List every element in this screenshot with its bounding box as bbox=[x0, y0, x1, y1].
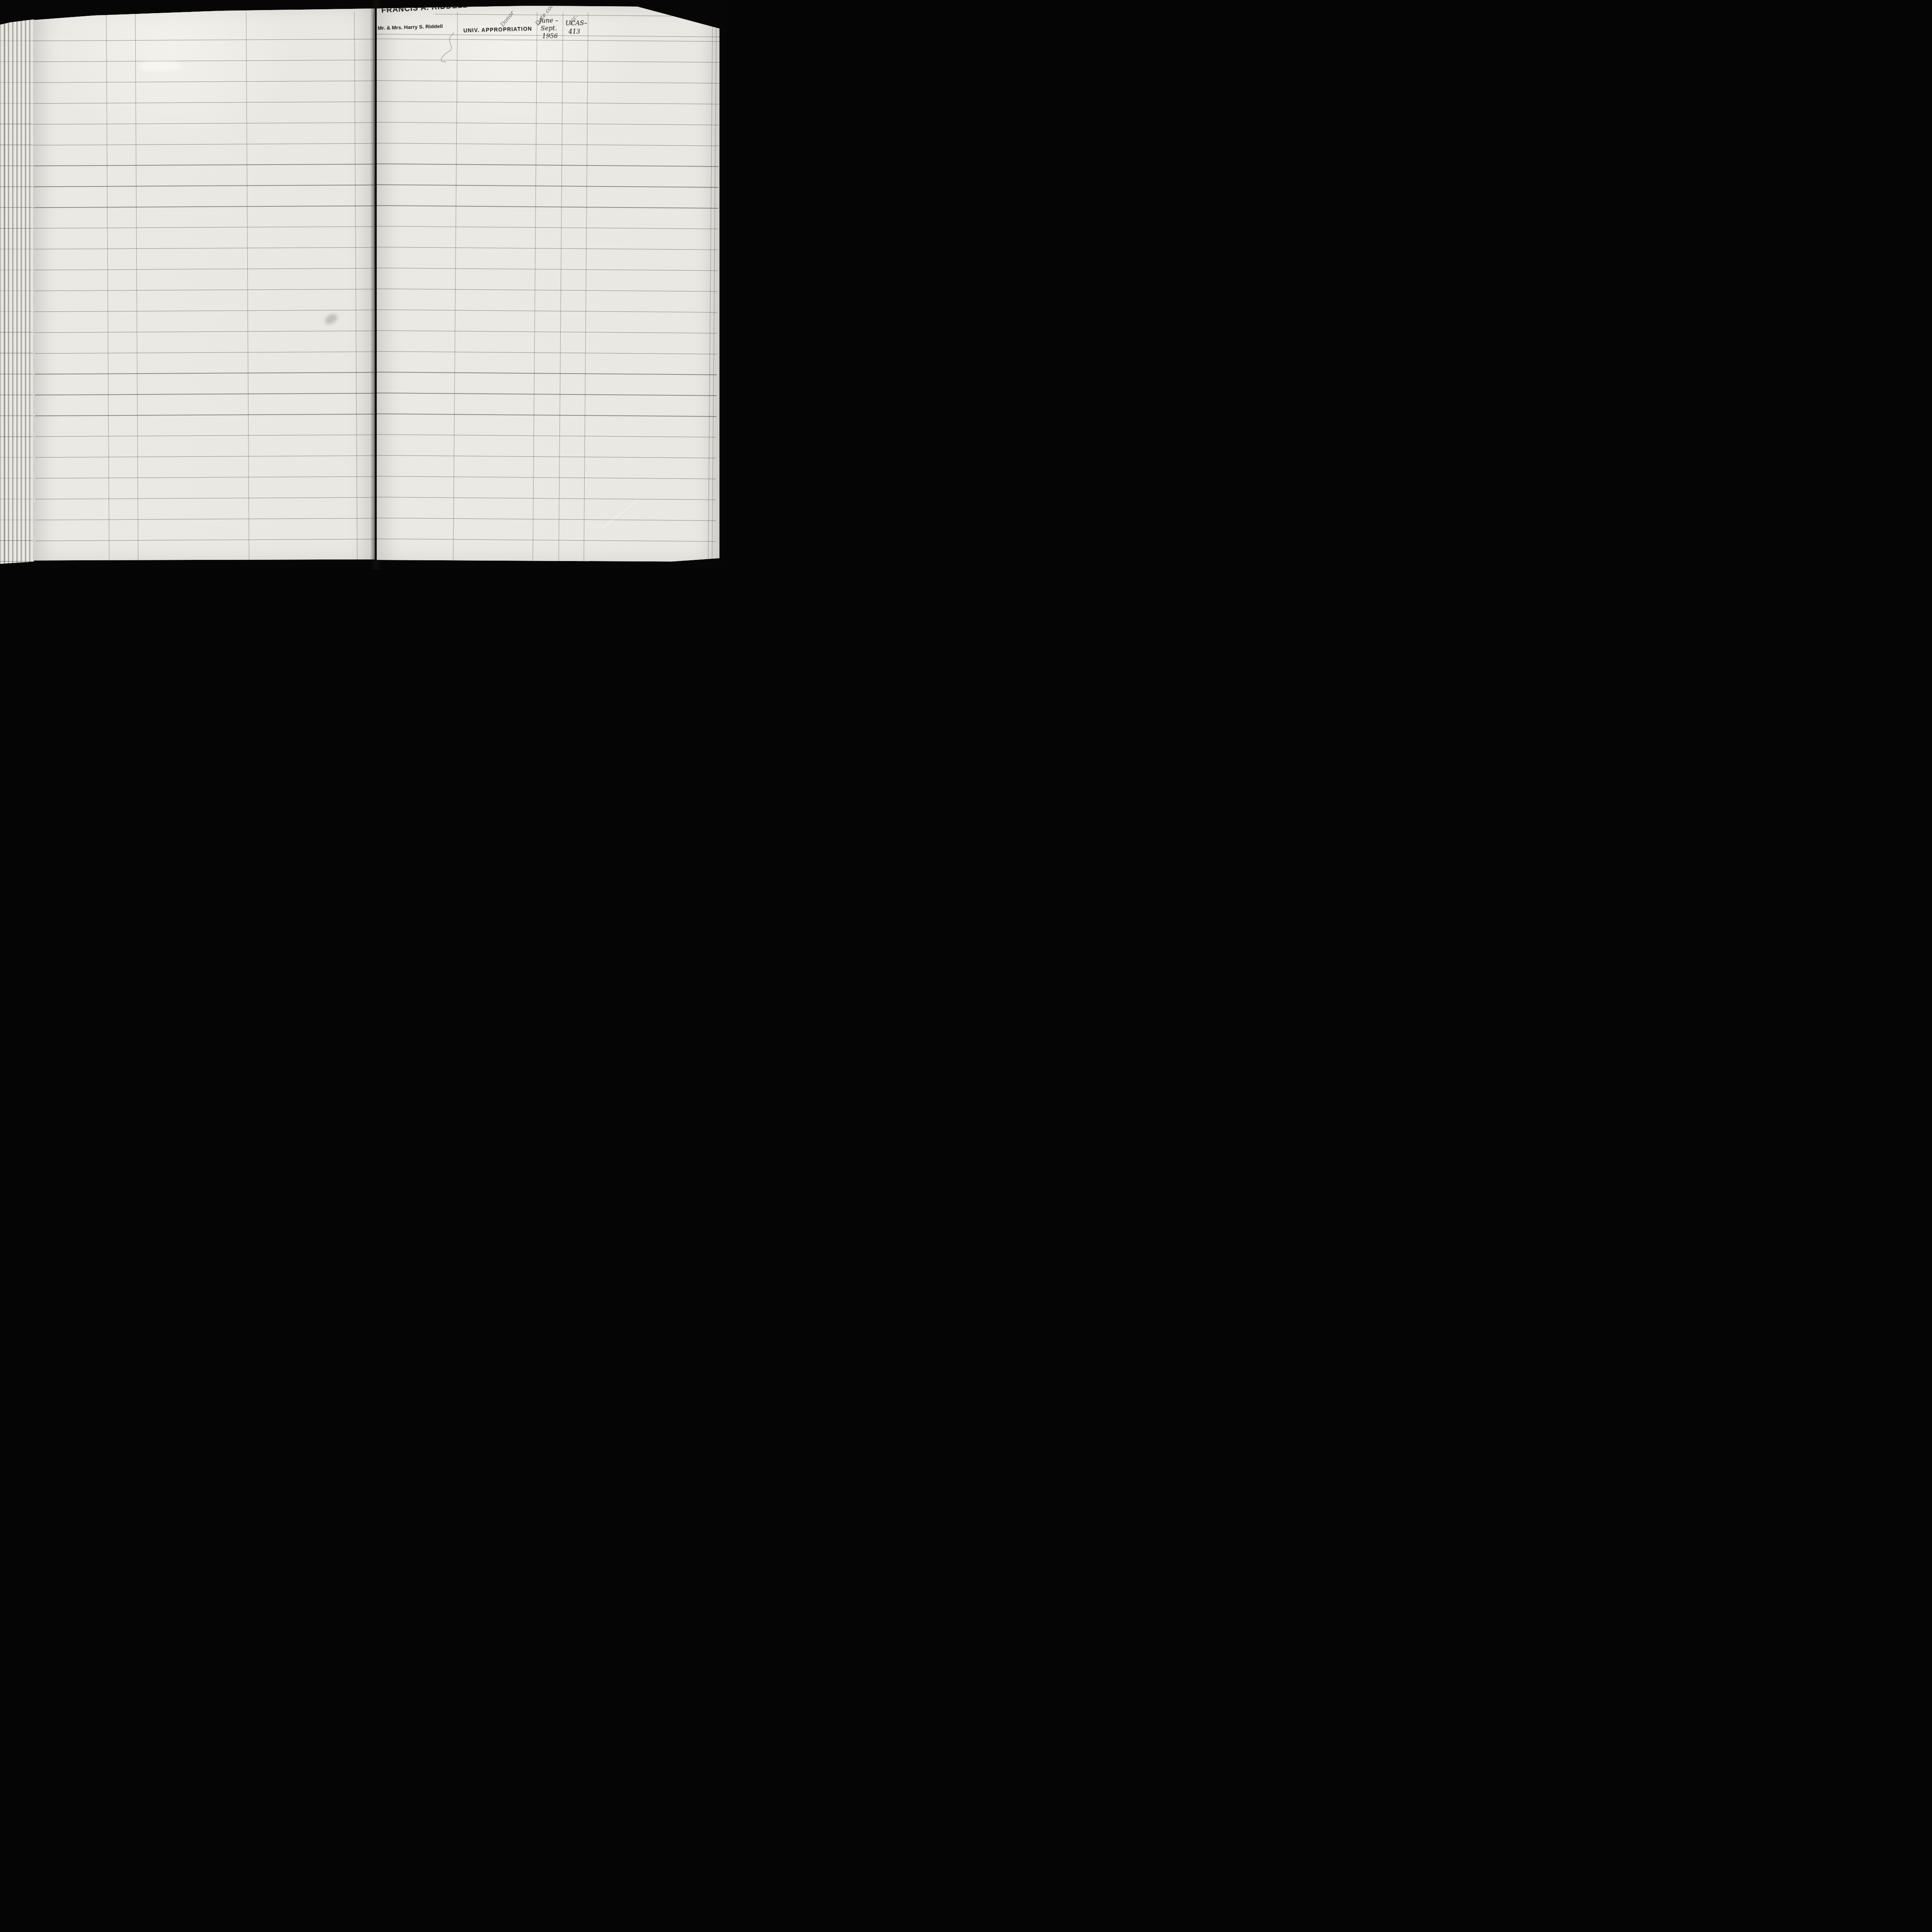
bleed-through-number bbox=[631, 234, 689, 234]
bleed-through-number bbox=[630, 359, 688, 359]
ruled-line bbox=[34, 351, 376, 354]
bleed-through-number bbox=[633, 46, 690, 47]
ruled-line bbox=[376, 80, 719, 83]
bleed-through-number bbox=[631, 171, 689, 172]
ruled-line bbox=[374, 455, 716, 458]
ruled-line bbox=[34, 206, 376, 208]
ruled-line bbox=[33, 80, 375, 83]
ruled-line bbox=[33, 39, 375, 41]
date-collected-line2: Sept. bbox=[541, 24, 557, 32]
ruled-line bbox=[34, 310, 376, 312]
ledger-left-page bbox=[33, 0, 375, 570]
ruled-line bbox=[376, 184, 718, 187]
column-rule bbox=[106, 13, 110, 561]
donor-name: Mr. & Mrs. Harry S. Riddell bbox=[378, 23, 443, 31]
ruled-line bbox=[376, 163, 718, 167]
ruled-line bbox=[33, 122, 375, 124]
bleed-through-number bbox=[631, 213, 689, 213]
ruled-line bbox=[375, 226, 718, 229]
column-rule bbox=[583, 12, 588, 563]
ruled-line bbox=[374, 330, 717, 333]
ruled-line bbox=[374, 393, 717, 396]
bleed-through-number bbox=[633, 26, 690, 26]
bleed-through-number bbox=[629, 463, 687, 463]
bleed-through-number bbox=[631, 192, 689, 192]
ruled-line bbox=[377, 60, 719, 63]
bleed-through-number bbox=[630, 379, 688, 380]
column-rule bbox=[558, 12, 563, 563]
fund-name: UNIV. APPROPRIATION bbox=[463, 26, 532, 34]
ruled-line bbox=[35, 456, 377, 458]
ruled-line bbox=[34, 185, 376, 187]
ruled-line bbox=[373, 539, 716, 542]
date-collected-line1: June – bbox=[539, 17, 558, 24]
ruled-line bbox=[35, 393, 377, 395]
bleed-through-number bbox=[629, 442, 687, 442]
ruled-line bbox=[376, 122, 719, 125]
ruled-line bbox=[33, 101, 375, 104]
ruled-line bbox=[34, 289, 376, 291]
column-rule bbox=[354, 12, 358, 560]
ruled-line bbox=[35, 497, 377, 499]
bleed-through-number bbox=[632, 151, 690, 151]
accession-number-line2: 413 bbox=[568, 28, 580, 35]
ruled-line bbox=[36, 539, 378, 541]
accession-number-line1: UCAS– bbox=[565, 19, 587, 27]
ruled-line bbox=[33, 143, 375, 145]
scanned-ledger-photo: FRANCIS A. RIDDELL Mr. & Mrs. Harry S. R… bbox=[0, 0, 727, 570]
ruled-line bbox=[34, 247, 376, 250]
bleed-through-number bbox=[631, 255, 689, 255]
paper-smudge bbox=[137, 61, 184, 71]
ruled-line bbox=[375, 268, 718, 271]
ruled-line bbox=[373, 497, 716, 500]
ledger-right-page: FRANCIS A. RIDDELL Mr. & Mrs. Harry S. R… bbox=[377, 0, 719, 570]
ruled-line bbox=[374, 351, 717, 354]
ruled-line bbox=[35, 414, 377, 416]
ruled-line bbox=[35, 476, 377, 479]
ruled-line bbox=[34, 164, 376, 166]
bleed-through-number bbox=[632, 130, 690, 130]
ruled-line bbox=[376, 143, 719, 146]
ruled-line bbox=[35, 372, 377, 374]
ruled-line bbox=[33, 60, 375, 62]
bleed-through-number bbox=[629, 421, 687, 422]
ruled-line bbox=[375, 247, 718, 250]
ruled-line bbox=[375, 289, 718, 292]
ruled-line bbox=[374, 372, 717, 375]
ruled-line bbox=[34, 268, 376, 270]
bleed-through-number bbox=[632, 67, 690, 68]
bleed-through-number bbox=[631, 296, 689, 297]
ruled-line bbox=[34, 330, 376, 333]
bleed-through-number bbox=[629, 505, 687, 505]
bleed-through-number bbox=[629, 526, 687, 526]
column-rule bbox=[708, 14, 713, 564]
collector-stamp: FRANCIS A. RIDDELL bbox=[381, 1, 468, 15]
book-spine-page-edges bbox=[0, 0, 34, 570]
ruled-line bbox=[34, 226, 376, 229]
bleed-through-number bbox=[629, 484, 687, 484]
bleed-through-number bbox=[630, 338, 688, 338]
ruled-line bbox=[374, 413, 716, 417]
bleed-through-number bbox=[630, 400, 688, 401]
bleed-through-number bbox=[631, 276, 689, 276]
column-rule bbox=[453, 12, 457, 562]
ruled-line bbox=[374, 434, 716, 437]
pencil-column-label-donor: Donor bbox=[499, 10, 515, 28]
ruled-line bbox=[35, 518, 377, 520]
column-rule bbox=[135, 13, 139, 561]
bleed-through-number bbox=[632, 88, 690, 88]
ruled-line bbox=[373, 476, 716, 479]
ruled-line bbox=[373, 518, 716, 521]
bleed-through-number bbox=[632, 109, 690, 109]
ruled-line bbox=[374, 310, 717, 313]
ruled-line bbox=[376, 205, 718, 208]
column-rule bbox=[246, 12, 250, 560]
column-rule bbox=[532, 12, 537, 562]
ruled-line bbox=[376, 101, 719, 104]
bleed-through-number bbox=[630, 317, 688, 318]
ruled-line bbox=[35, 435, 377, 437]
column-rule bbox=[712, 14, 716, 564]
